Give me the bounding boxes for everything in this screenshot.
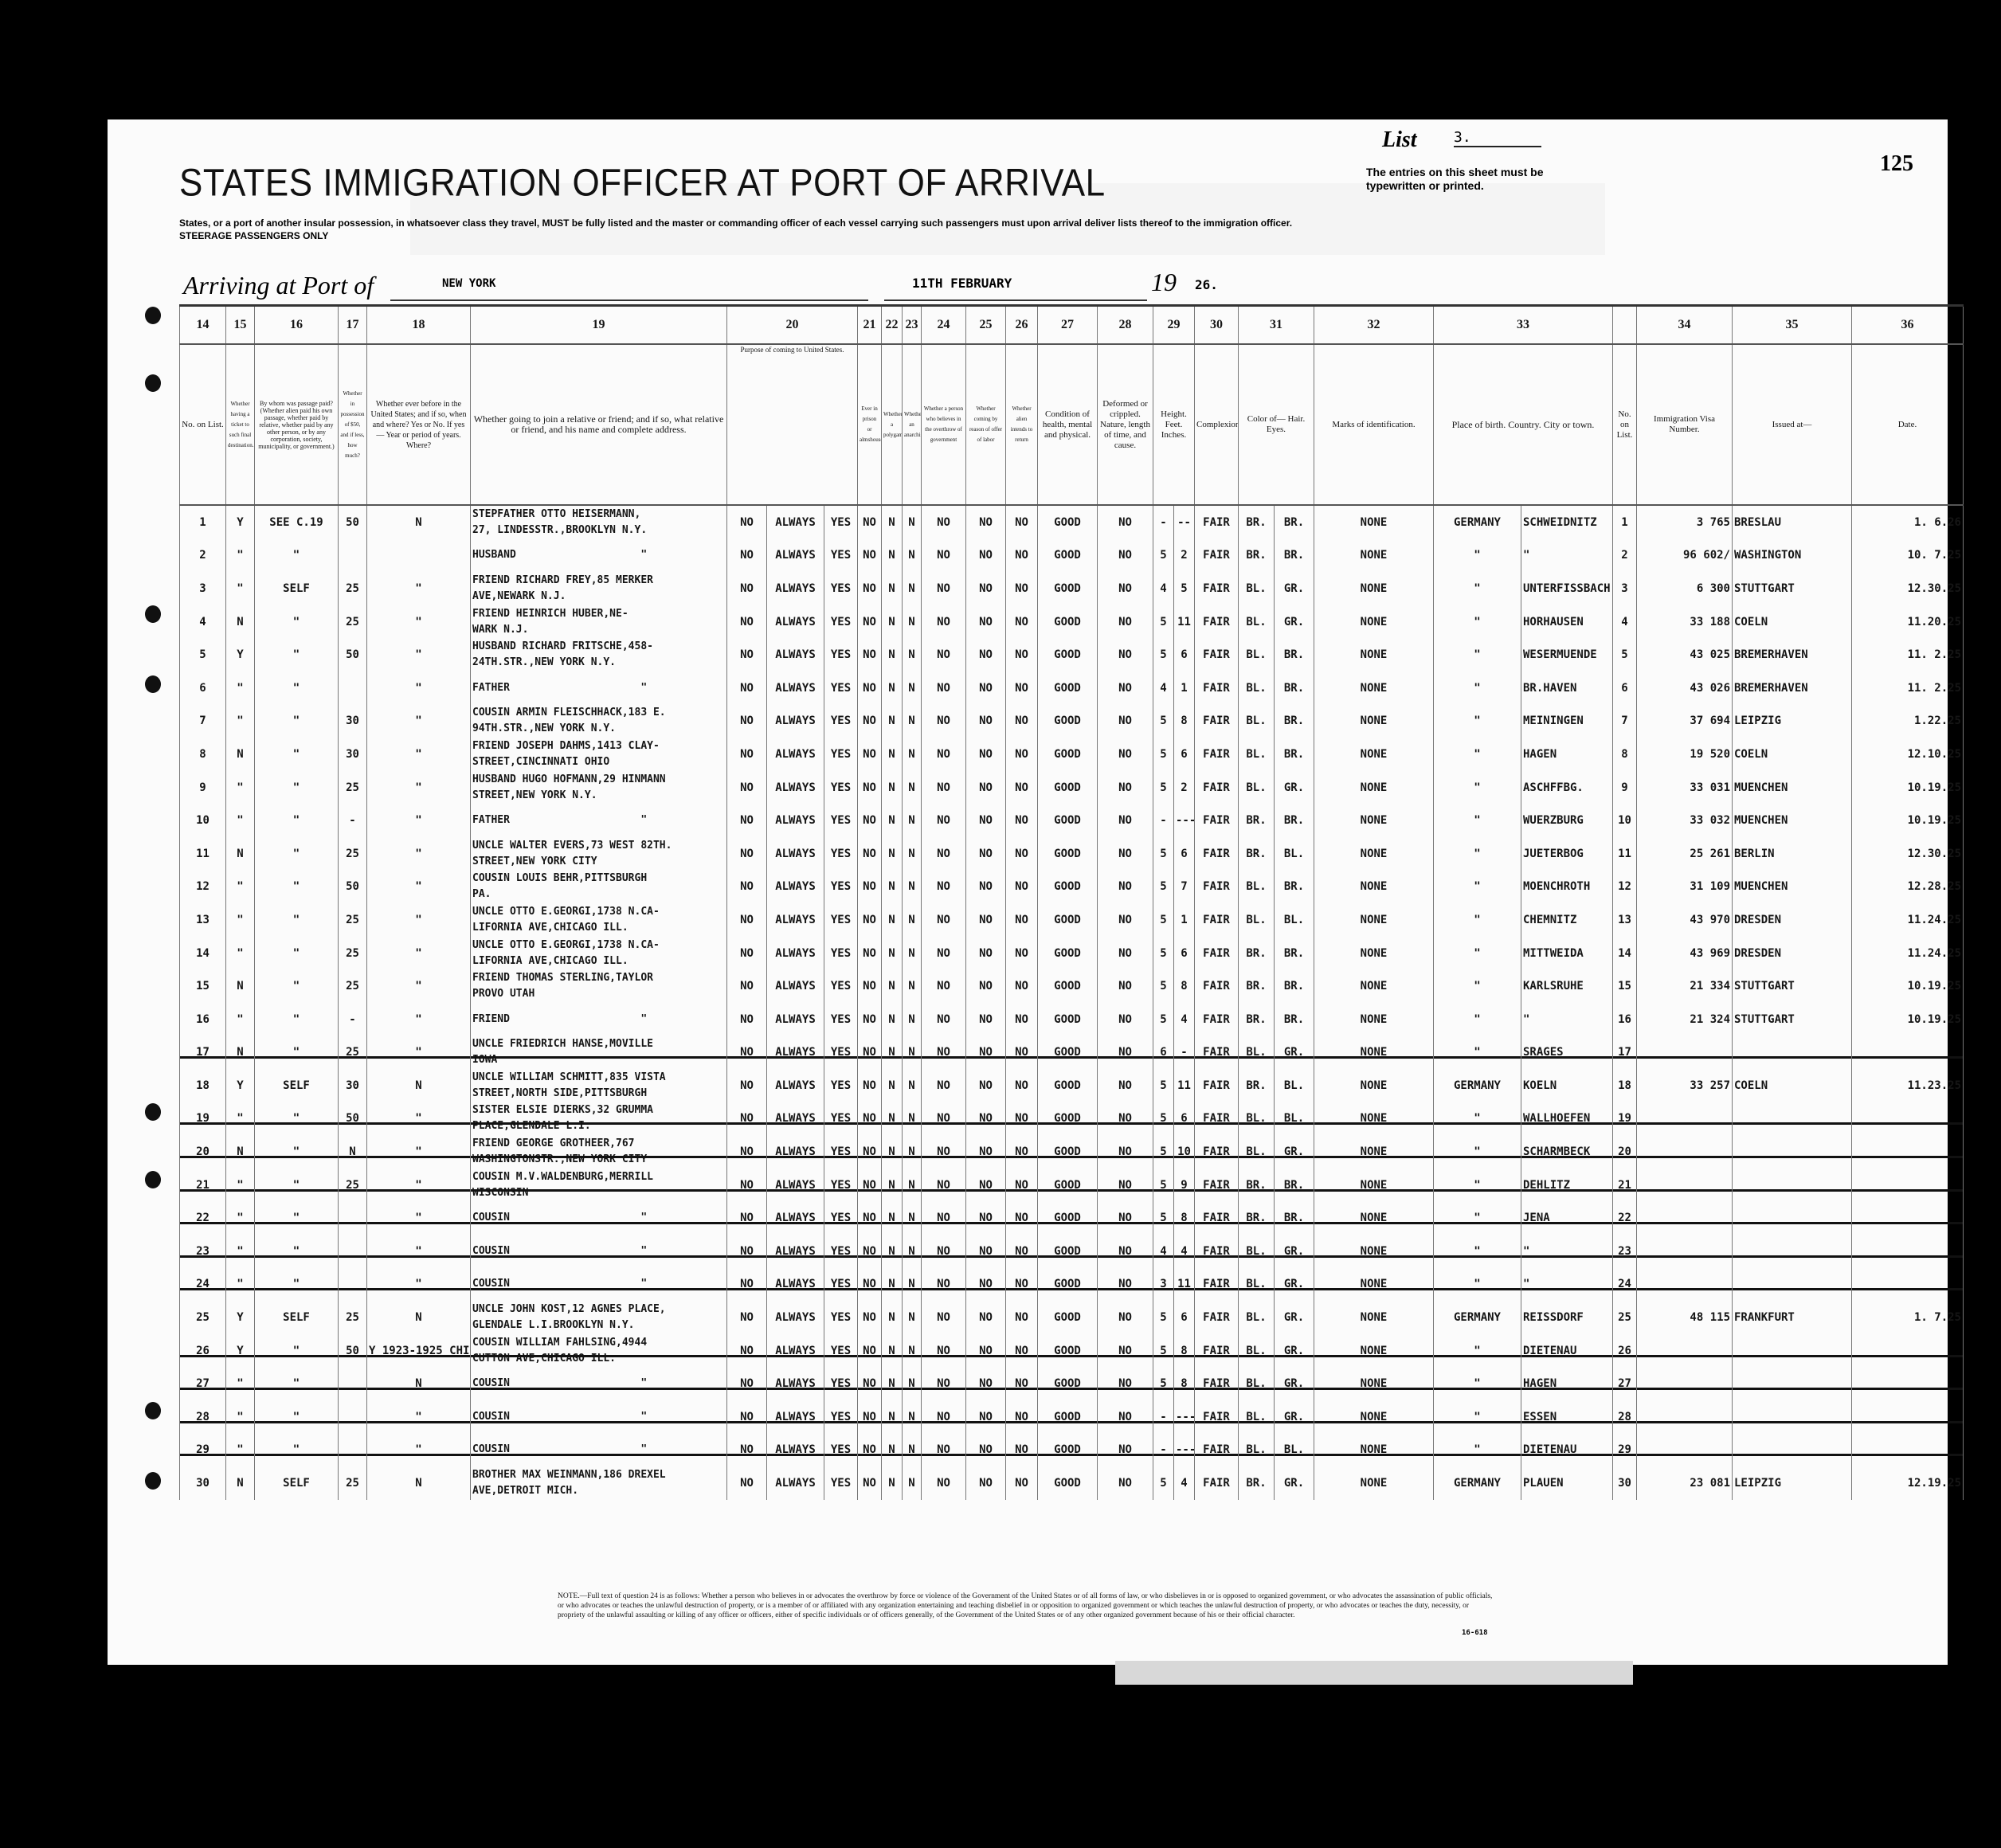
table-row: 1YSEE C.1950NSTEPFATHER OTTO HEISERMANN,…	[180, 505, 1964, 539]
cell-before: "	[367, 837, 471, 871]
cell-before: "	[367, 638, 471, 671]
cell-issued: STUTTGART	[1733, 572, 1852, 605]
cell-issued: FRANKFURT	[1733, 1301, 1852, 1334]
cell-compl: FAIR	[1195, 505, 1239, 539]
cell-p2: ALWAYS	[767, 1301, 824, 1334]
cell-compl: FAIR	[1195, 572, 1239, 605]
cell-no2: 3	[1613, 572, 1637, 605]
cell-c24: NO	[922, 671, 966, 705]
cell-health: GOOD	[1038, 937, 1098, 970]
cell-hair: BL.	[1239, 605, 1275, 639]
cell-money: 30	[339, 738, 367, 771]
cell-prison: NO	[858, 771, 882, 805]
cell-hair: BL.	[1239, 638, 1275, 671]
cell-paid: "	[255, 1367, 339, 1400]
cell-vdate	[1852, 1135, 1964, 1169]
cell-ticket: N	[226, 1466, 255, 1500]
cell-vdate	[1852, 1235, 1964, 1268]
cell-prison: NO	[858, 1268, 882, 1302]
cell-rel: COUSIN M.V.WALDENBURG,MERRILL WISCONSIN	[471, 1169, 727, 1202]
cell-paid: "	[255, 1268, 339, 1302]
cell-issued	[1733, 1268, 1852, 1302]
cell-no2: 28	[1613, 1400, 1637, 1434]
cell-before: N	[367, 505, 471, 539]
cell-in: 8	[1174, 1334, 1195, 1368]
cell-c26: NO	[1006, 1466, 1038, 1500]
cell-p1: NO	[727, 969, 767, 1003]
cell-before: N	[367, 1069, 471, 1102]
table-row: 30NSELF25NBROTHER MAX WEINMANN,186 DREXE…	[180, 1466, 1964, 1500]
cell-health: GOOD	[1038, 1003, 1098, 1036]
cell-country: "	[1434, 1003, 1521, 1036]
table-row: 17N"25"UNCLE FRIEDRICH HANSE,MOVILLE IOW…	[180, 1036, 1964, 1070]
cell-paid: "	[255, 903, 339, 937]
cell-visa: 33 188	[1637, 605, 1733, 639]
cell-before: "	[367, 937, 471, 970]
cell-deformed: NO	[1098, 1235, 1153, 1268]
cell-eyes: GR.	[1275, 1367, 1314, 1400]
cell-marks: NONE	[1314, 1102, 1434, 1136]
year-prefix: 19	[1151, 268, 1177, 297]
cell-in: 4	[1174, 1003, 1195, 1036]
cell-poly: N	[882, 1367, 903, 1400]
cell-c24: NO	[922, 804, 966, 837]
cell-ticket: "	[226, 1367, 255, 1400]
cell-health: GOOD	[1038, 903, 1098, 937]
col-num: 29	[1153, 306, 1195, 345]
cell-p2: ALWAYS	[767, 705, 824, 738]
col-num: 26	[1006, 306, 1038, 345]
cell-rel: COUSIN WILLIAM FAHLSING,4944 CUTTON AVE,…	[471, 1334, 727, 1368]
cell-marks: NONE	[1314, 539, 1434, 573]
cell-poly: N	[882, 638, 903, 671]
cell-marks: NONE	[1314, 1400, 1434, 1434]
table-row: 13""25"UNCLE OTTO E.GEORGI,1738 N.CA- LI…	[180, 903, 1964, 937]
cell-city: ASCHFFBG.	[1521, 771, 1613, 805]
cell-c24: NO	[922, 969, 966, 1003]
cell-poly: N	[882, 937, 903, 970]
cell-p2: ALWAYS	[767, 804, 824, 837]
table-row: 27""NCOUSIN "NOALWAYSYESNONNNONONOGOODNO…	[180, 1367, 1964, 1400]
cell-anar: N	[903, 1334, 922, 1368]
cell-deformed: NO	[1098, 1367, 1153, 1400]
cell-compl: FAIR	[1195, 638, 1239, 671]
cell-rel: STEPFATHER OTTO HEISERMANN, 27, LINDESST…	[471, 505, 727, 539]
cell-country: "	[1434, 871, 1521, 904]
cell-c24: NO	[922, 1434, 966, 1467]
table-row: 15N"25"FRIEND THOMAS STERLING,TAYLOR PRO…	[180, 969, 1964, 1003]
column-header-row: No. on List. Whether having a ticket to …	[180, 344, 1964, 505]
cell-in: 6	[1174, 937, 1195, 970]
cell-visa: 31 109	[1637, 871, 1733, 904]
header-date: Date.	[1852, 344, 1964, 505]
cell-visa	[1637, 1102, 1733, 1136]
cell-no2: 8	[1613, 738, 1637, 771]
cell-prison: NO	[858, 705, 882, 738]
cell-city: "	[1521, 539, 1613, 573]
steerage-label: STEERAGE PASSENGERS ONLY	[179, 229, 1292, 242]
cell-marks: NONE	[1314, 572, 1434, 605]
cell-c26: NO	[1006, 1169, 1038, 1202]
cell-vdate	[1852, 1169, 1964, 1202]
cell-paid: "	[255, 1003, 339, 1036]
cell-deformed: NO	[1098, 771, 1153, 805]
cell-marks: NONE	[1314, 1201, 1434, 1235]
cell-ticket: Y	[226, 505, 255, 539]
cell-city: WUERZBURG	[1521, 804, 1613, 837]
cell-anar: N	[903, 671, 922, 705]
cell-anar: N	[903, 1069, 922, 1102]
cell-c25: NO	[966, 1201, 1006, 1235]
cell-no2: 26	[1613, 1334, 1637, 1368]
cell-no: 28	[180, 1400, 226, 1434]
cell-p2: ALWAYS	[767, 605, 824, 639]
table-row: 21""25"COUSIN M.V.WALDENBURG,MERRILL WIS…	[180, 1169, 1964, 1202]
cell-rel: COUSIN "	[471, 1434, 727, 1467]
cell-no2: 10	[1613, 804, 1637, 837]
cell-no2: 16	[1613, 1003, 1637, 1036]
cell-visa: 21 324	[1637, 1003, 1733, 1036]
table-row: 14""25"UNCLE OTTO E.GEORGI,1738 N.CA- LI…	[180, 937, 1964, 970]
cell-country: "	[1434, 837, 1521, 871]
cell-c24: NO	[922, 1069, 966, 1102]
cell-c26: NO	[1006, 1235, 1038, 1268]
cell-health: GOOD	[1038, 705, 1098, 738]
cell-hair: BL.	[1239, 1268, 1275, 1302]
cell-anar: N	[903, 1102, 922, 1136]
cell-vdate: 12.19.25	[1852, 1466, 1964, 1500]
cell-anar: N	[903, 871, 922, 904]
cell-poly: N	[882, 671, 903, 705]
cell-c26: NO	[1006, 1069, 1038, 1102]
cell-in: 8	[1174, 1201, 1195, 1235]
cell-compl: FAIR	[1195, 1036, 1239, 1070]
cell-before: N	[367, 1367, 471, 1400]
cell-city: "	[1521, 1003, 1613, 1036]
cell-marks: NONE	[1314, 771, 1434, 805]
cell-vdate: 1. 6.26	[1852, 505, 1964, 539]
cell-p3: YES	[824, 937, 858, 970]
cell-paid: SELF	[255, 1301, 339, 1334]
cell-p1: NO	[727, 505, 767, 539]
cell-vdate: 11.20.25	[1852, 605, 1964, 639]
cell-c24: NO	[922, 1201, 966, 1235]
cell-rel: FATHER "	[471, 671, 727, 705]
col-num: 22	[882, 306, 903, 345]
cell-c26: NO	[1006, 671, 1038, 705]
cell-money: 25	[339, 1169, 367, 1202]
cell-before: "	[367, 605, 471, 639]
punch-hole	[145, 605, 161, 623]
cell-paid: "	[255, 1102, 339, 1136]
cell-ticket: "	[226, 1434, 255, 1467]
cell-p1: NO	[727, 903, 767, 937]
cell-c25: NO	[966, 969, 1006, 1003]
cell-paid: "	[255, 1135, 339, 1169]
cell-city: MITTWEIDA	[1521, 937, 1613, 970]
table-row: 6"""FATHER "NOALWAYSYESNONNNONONOGOODNO4…	[180, 671, 1964, 705]
cell-no: 7	[180, 705, 226, 738]
cell-rel: COUSIN "	[471, 1268, 727, 1302]
cell-p1: NO	[727, 804, 767, 837]
cell-no: 21	[180, 1169, 226, 1202]
cell-anar: N	[903, 1135, 922, 1169]
cell-prison: NO	[858, 1169, 882, 1202]
cell-paid: "	[255, 804, 339, 837]
cell-issued	[1733, 1400, 1852, 1434]
cell-p1: NO	[727, 1102, 767, 1136]
cell-country: "	[1434, 671, 1521, 705]
cell-no: 17	[180, 1036, 226, 1070]
cell-in: 10	[1174, 1135, 1195, 1169]
cell-paid: "	[255, 837, 339, 871]
cell-money: 25	[339, 572, 367, 605]
cell-prison: NO	[858, 1036, 882, 1070]
cell-p1: NO	[727, 1434, 767, 1467]
cell-health: GOOD	[1038, 1235, 1098, 1268]
cell-no2: 15	[1613, 969, 1637, 1003]
cell-no2: 25	[1613, 1301, 1637, 1334]
cell-marks: NONE	[1314, 705, 1434, 738]
cell-ft: 5	[1153, 1169, 1174, 1202]
cell-country: "	[1434, 1235, 1521, 1268]
cell-paid: "	[255, 671, 339, 705]
table-row: 29"""COUSIN "NOALWAYSYESNONNNONONOGOODNO…	[180, 1434, 1964, 1467]
cell-visa	[1637, 1367, 1733, 1400]
cell-deformed: NO	[1098, 837, 1153, 871]
cell-no2: 21	[1613, 1169, 1637, 1202]
cell-deformed: NO	[1098, 1169, 1153, 1202]
cell-money	[339, 539, 367, 573]
cell-paid: "	[255, 705, 339, 738]
cell-p2: ALWAYS	[767, 671, 824, 705]
table-row: 22"""COUSIN "NOALWAYSYESNONNNONONOGOODNO…	[180, 1201, 1964, 1235]
col-num: 15	[226, 306, 255, 345]
cell-no: 29	[180, 1434, 226, 1467]
cell-paid: "	[255, 1400, 339, 1434]
cell-p2: ALWAYS	[767, 903, 824, 937]
cell-country: "	[1434, 1367, 1521, 1400]
cell-p3: YES	[824, 539, 858, 573]
cell-p3: YES	[824, 804, 858, 837]
cell-health: GOOD	[1038, 1434, 1098, 1467]
cell-c26: NO	[1006, 1135, 1038, 1169]
table-row: 7""30"COUSIN ARMIN FLEISCHHACK,183 E. 94…	[180, 705, 1964, 738]
cell-issued: MUENCHEN	[1733, 804, 1852, 837]
cell-anar: N	[903, 605, 922, 639]
header-passage-paid: By whom was passage paid? (Whether alien…	[255, 344, 339, 505]
cell-no2: 11	[1613, 837, 1637, 871]
cell-c25: NO	[966, 837, 1006, 871]
cell-p1: NO	[727, 1036, 767, 1070]
col-num: 32	[1314, 306, 1434, 345]
cell-in: 8	[1174, 969, 1195, 1003]
cell-anar: N	[903, 1003, 922, 1036]
cell-compl: FAIR	[1195, 539, 1239, 573]
cell-paid: SELF	[255, 1069, 339, 1102]
cell-deformed: NO	[1098, 1102, 1153, 1136]
cell-issued: STUTTGART	[1733, 969, 1852, 1003]
table-row: 28"""COUSIN "NOALWAYSYESNONNNONONOGOODNO…	[180, 1400, 1964, 1434]
cell-city: BR.HAVEN	[1521, 671, 1613, 705]
cell-money: 50	[339, 638, 367, 671]
col-num: 19	[471, 306, 727, 345]
cell-rel: SISTER ELSIE DIERKS,32 GRUMMA PLACE,GLEN…	[471, 1102, 727, 1136]
header-height: Height. Feet. Inches.	[1153, 344, 1195, 505]
cell-country: "	[1434, 1036, 1521, 1070]
cell-c26: NO	[1006, 837, 1038, 871]
cell-poly: N	[882, 903, 903, 937]
cell-hair: BL.	[1239, 1135, 1275, 1169]
cell-deformed: NO	[1098, 738, 1153, 771]
cell-p2: ALWAYS	[767, 572, 824, 605]
cell-p2: ALWAYS	[767, 1434, 824, 1467]
cell-vdate: 12.28.25	[1852, 871, 1964, 904]
cell-compl: FAIR	[1195, 1400, 1239, 1434]
cell-anar: N	[903, 1201, 922, 1235]
cell-c26: NO	[1006, 903, 1038, 937]
cell-money: 25	[339, 771, 367, 805]
cell-eyes: BR.	[1275, 969, 1314, 1003]
cell-poly: N	[882, 738, 903, 771]
punch-hole	[145, 1472, 161, 1490]
cell-visa: 33 032	[1637, 804, 1733, 837]
cell-money	[339, 1400, 367, 1434]
cell-marks: NONE	[1314, 638, 1434, 671]
cell-in: 9	[1174, 1169, 1195, 1202]
cell-paid: "	[255, 871, 339, 904]
cell-ft: 5	[1153, 1201, 1174, 1235]
cell-anar: N	[903, 1036, 922, 1070]
cell-visa	[1637, 1235, 1733, 1268]
cell-no: 2	[180, 539, 226, 573]
cell-no: 11	[180, 837, 226, 871]
punch-hole	[145, 1171, 161, 1188]
cell-vdate	[1852, 1201, 1964, 1235]
cell-c24: NO	[922, 572, 966, 605]
cell-c25: NO	[966, 937, 1006, 970]
cell-c25: NO	[966, 1102, 1006, 1136]
cell-country: "	[1434, 804, 1521, 837]
cell-before: "	[367, 1135, 471, 1169]
cell-paid: "	[255, 1434, 339, 1467]
cell-p1: NO	[727, 1135, 767, 1169]
cell-c24: NO	[922, 738, 966, 771]
cell-c24: NO	[922, 638, 966, 671]
cell-in: 5	[1174, 572, 1195, 605]
cell-no2: 13	[1613, 903, 1637, 937]
cell-no: 5	[180, 638, 226, 671]
cell-hair: BL.	[1239, 903, 1275, 937]
cell-vdate	[1852, 1268, 1964, 1302]
cell-ft: 5	[1153, 1003, 1174, 1036]
cell-poly: N	[882, 1069, 903, 1102]
cell-poly: N	[882, 1434, 903, 1467]
cell-hair: BR.	[1239, 969, 1275, 1003]
cell-paid: SELF	[255, 572, 339, 605]
cell-city: DIETENAU	[1521, 1334, 1613, 1368]
cell-anar: N	[903, 937, 922, 970]
cell-money: 25	[339, 837, 367, 871]
cell-c24: NO	[922, 1169, 966, 1202]
cell-c25: NO	[966, 1434, 1006, 1467]
cell-vdate: 1. 7.25	[1852, 1301, 1964, 1334]
cell-marks: NONE	[1314, 738, 1434, 771]
cell-eyes: GR.	[1275, 1036, 1314, 1070]
cell-ticket: "	[226, 871, 255, 904]
cell-rel: COUSIN "	[471, 1400, 727, 1434]
cell-p1: NO	[727, 1367, 767, 1400]
cell-c24: NO	[922, 1400, 966, 1434]
cell-compl: FAIR	[1195, 804, 1239, 837]
cell-hair: BL.	[1239, 1102, 1275, 1136]
table-row: 23"""COUSIN "NOALWAYSYESNONNNONONOGOODNO…	[180, 1235, 1964, 1268]
header-q24: Whether a person who believes in the ove…	[922, 344, 966, 505]
cell-in: 11	[1174, 605, 1195, 639]
cell-p1: NO	[727, 638, 767, 671]
cell-p3: YES	[824, 1334, 858, 1368]
cell-poly: N	[882, 605, 903, 639]
cell-c26: NO	[1006, 1268, 1038, 1302]
cell-money	[339, 1235, 367, 1268]
cell-prison: NO	[858, 1367, 882, 1400]
cell-paid: "	[255, 1235, 339, 1268]
arrival-date: 11TH FEBRUARY	[912, 276, 1012, 291]
header-color: Color of— Hair. Eyes.	[1239, 344, 1314, 505]
cell-ft: 5	[1153, 1135, 1174, 1169]
cell-prison: NO	[858, 1135, 882, 1169]
cell-city: REISSDORF	[1521, 1301, 1613, 1334]
cell-p2: ALWAYS	[767, 1268, 824, 1302]
cell-anar: N	[903, 1169, 922, 1202]
cell-poly: N	[882, 1334, 903, 1368]
cell-hair: BL.	[1239, 705, 1275, 738]
cell-city: JENA	[1521, 1201, 1613, 1235]
cell-deformed: NO	[1098, 871, 1153, 904]
cell-rel: UNCLE OTTO E.GEORGI,1738 N.CA- LIFORNIA …	[471, 937, 727, 970]
cell-country: "	[1434, 705, 1521, 738]
cell-deformed: NO	[1098, 1003, 1153, 1036]
cell-c24: NO	[922, 937, 966, 970]
cell-prison: NO	[858, 1102, 882, 1136]
cell-health: GOOD	[1038, 1466, 1098, 1500]
cell-health: GOOD	[1038, 572, 1098, 605]
cell-ticket: "	[226, 804, 255, 837]
cell-c25: NO	[966, 1003, 1006, 1036]
cell-p2: ALWAYS	[767, 1036, 824, 1070]
cell-no: 6	[180, 671, 226, 705]
cell-deformed: NO	[1098, 505, 1153, 539]
cell-rel: COUSIN "	[471, 1235, 727, 1268]
cell-money: 25	[339, 903, 367, 937]
cell-c24: NO	[922, 1235, 966, 1268]
cell-deformed: NO	[1098, 572, 1153, 605]
cell-p1: NO	[727, 1169, 767, 1202]
cell-city: DEHLITZ	[1521, 1169, 1613, 1202]
cell-ticket: N	[226, 1036, 255, 1070]
cell-paid: "	[255, 605, 339, 639]
cell-eyes: BR.	[1275, 937, 1314, 970]
cell-visa: 33 257	[1637, 1069, 1733, 1102]
cell-rel: COUSIN LOUIS BEHR,PITTSBURGH PA.	[471, 871, 727, 904]
cell-hair: BR.	[1239, 1466, 1275, 1500]
cell-no: 8	[180, 738, 226, 771]
cell-deformed: NO	[1098, 804, 1153, 837]
header-marks: Marks of identification.	[1314, 344, 1434, 505]
cell-before: N	[367, 1466, 471, 1500]
header-relative: Whether going to join a relative or frie…	[471, 344, 727, 505]
table-row: 3"SELF25"FRIEND RICHARD FREY,85 MERKER A…	[180, 572, 1964, 605]
